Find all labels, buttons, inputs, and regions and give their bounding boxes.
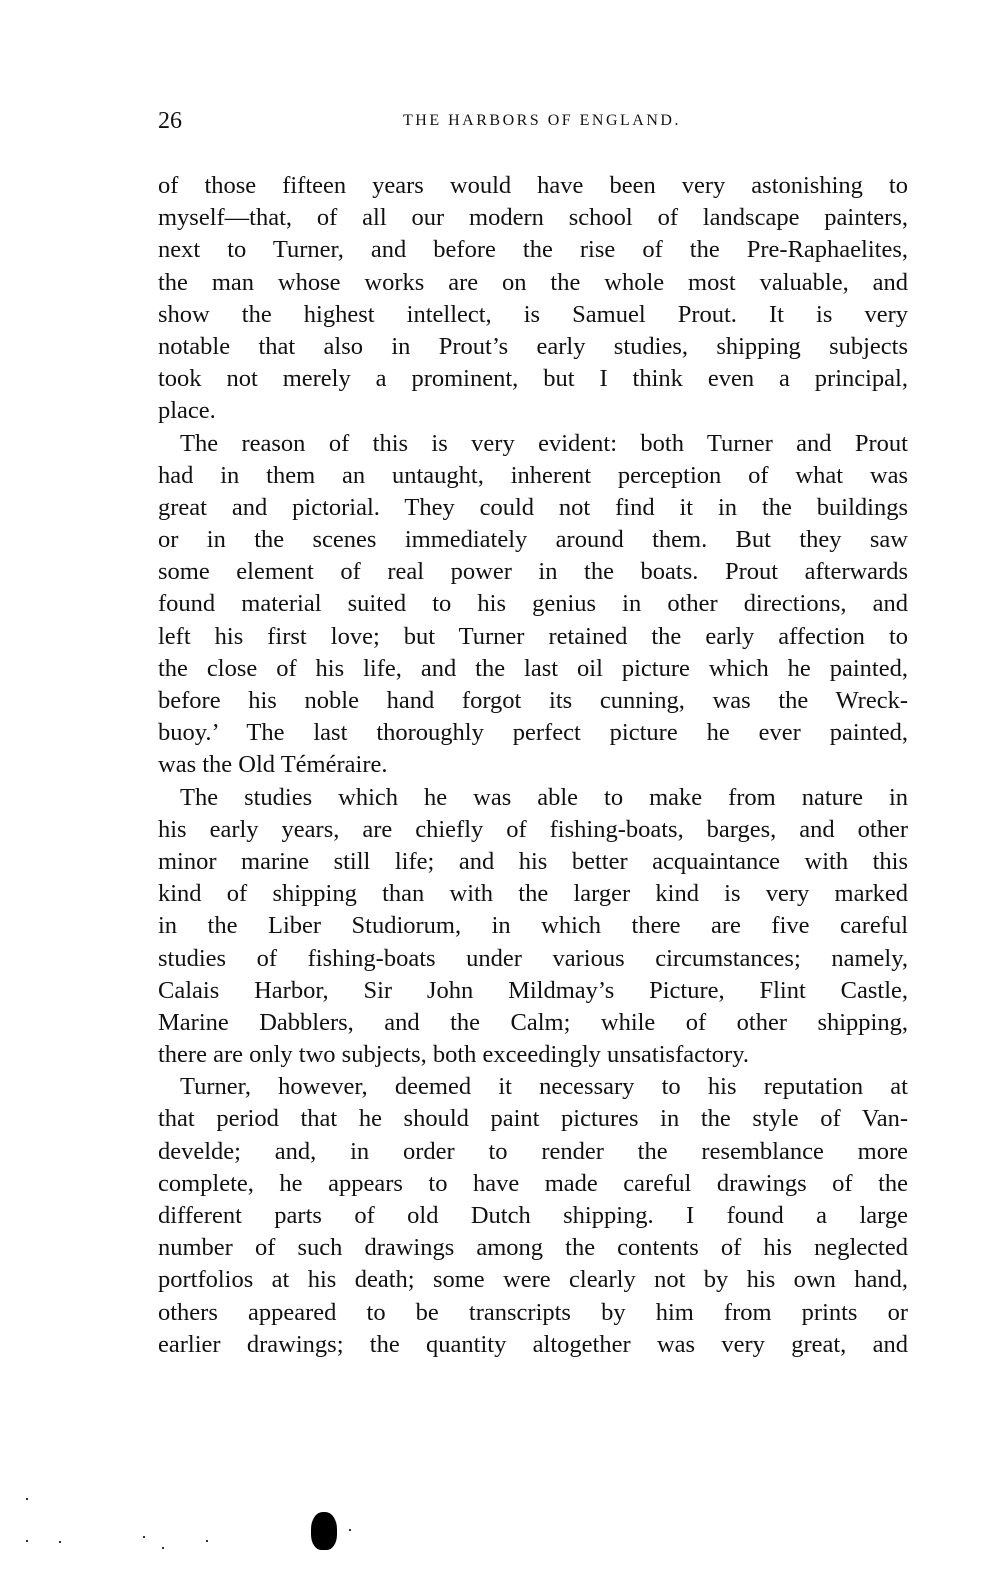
scan-speck [143,1536,145,1538]
text-line: Marine Dabblers, and the Calm; while of … [158,1007,908,1039]
text-line: The reason of this is very evident: both… [158,428,908,460]
text-line: buoy.’ The last thoroughly perfect pictu… [158,717,908,749]
page-header: 26 THE HARBORS OF ENGLAND. [158,104,906,144]
paragraph-2: The reason of this is very evident: both… [158,428,908,782]
scan-speck [349,1529,351,1531]
text-line: show the highest intellect, is Samuel Pr… [158,299,908,331]
text-line: studies of fishing-boats under various c… [158,943,908,975]
text-line: or in the scenes immediately around them… [158,524,908,556]
text-line: next to Turner, and before the rise of t… [158,234,908,266]
text-line: Turner, however, deemed it necessary to … [158,1071,908,1103]
text-line: took not merely a prominent, but I think… [158,363,908,395]
text-line: different parts of old Dutch shipping. I… [158,1200,908,1232]
scan-speck [59,1541,61,1543]
paragraph-4: Turner, however, deemed it necessary to … [158,1071,908,1361]
text-line: that period that he should paint picture… [158,1103,908,1135]
paragraph-1: of those fifteen years would have been v… [158,170,908,428]
running-title: THE HARBORS OF ENGLAND. [158,112,906,130]
text-line: left his first love; but Turner retained… [158,621,908,653]
text-line: minor marine still life; and his better … [158,846,908,878]
scan-speck [26,1498,28,1500]
text-line: had in them an untaught, inherent percep… [158,460,908,492]
body-text: of those fifteen years would have been v… [158,170,908,1361]
text-line: some element of real power in the boats.… [158,556,908,588]
text-line: before his noble hand forgot its cunning… [158,685,908,717]
text-line: portfolios at his death; some were clear… [158,1264,908,1296]
ink-blot-mark [311,1512,337,1550]
text-line: his early years, are chiefly of fishing-… [158,814,908,846]
scan-speck [162,1547,164,1549]
text-line: the man whose works are on the whole mos… [158,267,908,299]
text-line: myself—that, of all our modern school of… [158,202,908,234]
text-line: number of such drawings among the conten… [158,1232,908,1264]
text-line: found material suited to his genius in o… [158,588,908,620]
scan-speck [206,1540,208,1542]
text-line: was the Old Téméraire. [158,749,908,781]
text-line: notable that also in Prout’s early studi… [158,331,908,363]
text-line: there are only two subjects, both exceed… [158,1039,908,1071]
scan-speck [26,1540,28,1542]
text-line: complete, he appears to have made carefu… [158,1168,908,1200]
text-line: of those fifteen years would have been v… [158,170,908,202]
text-line: in the Liber Studiorum, in which there a… [158,910,908,942]
text-line: place. [158,395,908,427]
text-line: earlier drawings; the quantity altogethe… [158,1329,908,1361]
text-line: great and pictorial. They could not find… [158,492,908,524]
text-line: Calais Harbor, Sir John Mildmay’s Pictur… [158,975,908,1007]
text-line: The studies which he was able to make fr… [158,782,908,814]
paragraph-3: The studies which he was able to make fr… [158,782,908,1072]
text-line: develde; and, in order to render the res… [158,1136,908,1168]
text-line: the close of his life, and the last oil … [158,653,908,685]
text-line: others appeared to be transcripts by him… [158,1297,908,1329]
text-line: kind of shipping than with the larger ki… [158,878,908,910]
